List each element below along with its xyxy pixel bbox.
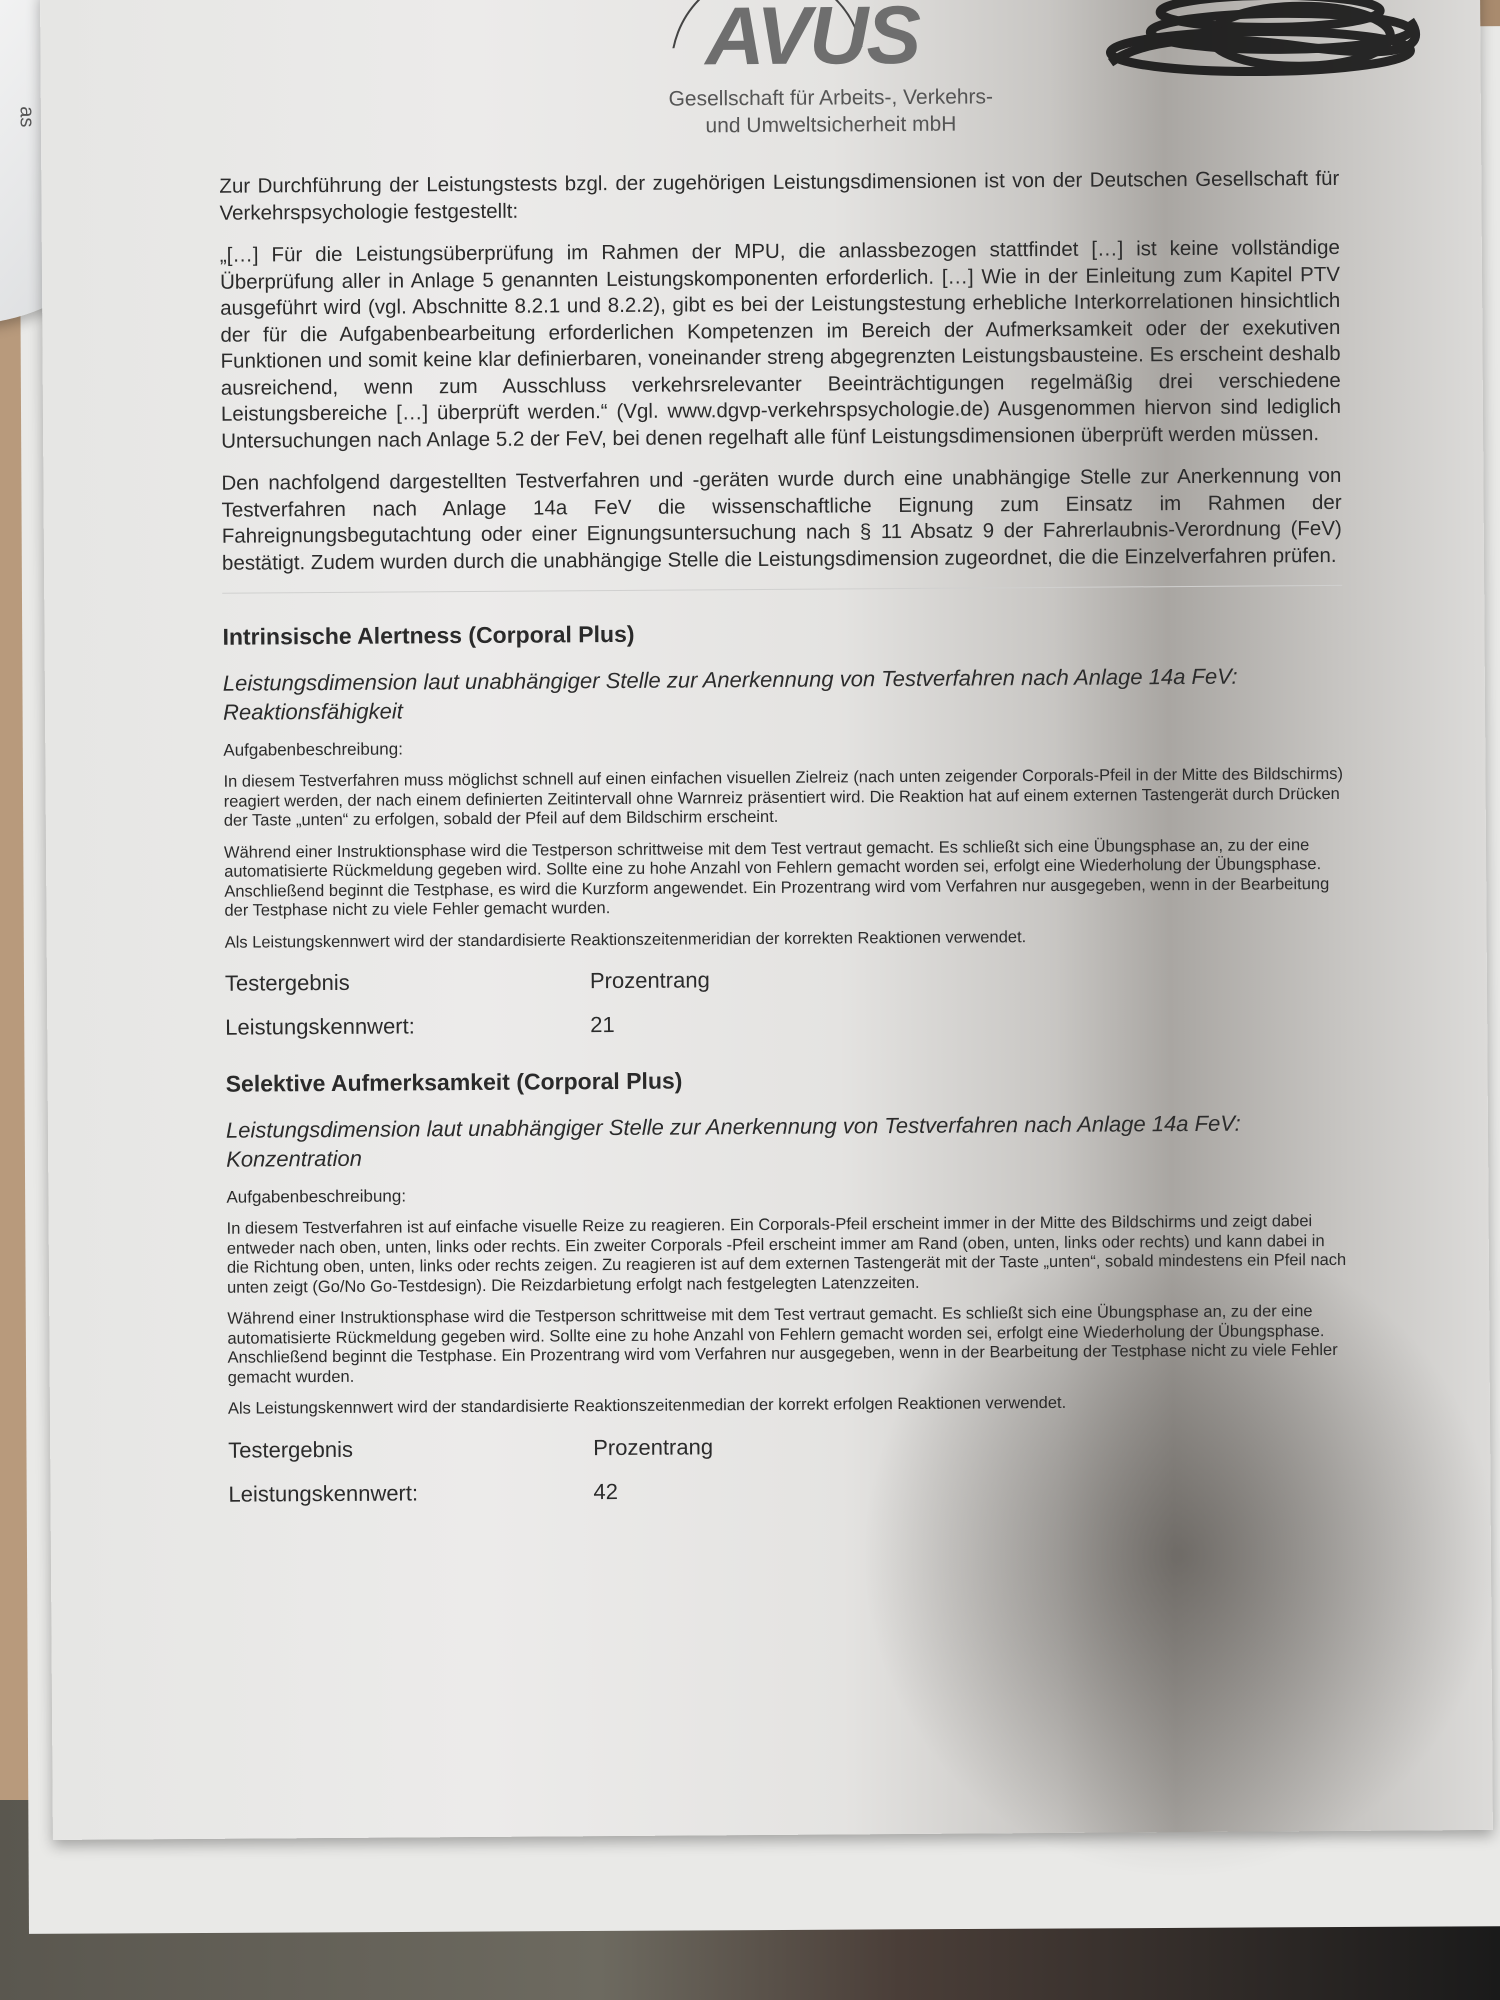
section-title: Intrinsische Alertness (Corporal Plus)	[222, 616, 1342, 651]
dimension-statement: Leistungsdimension laut unabhängiger Ste…	[226, 1108, 1346, 1174]
kennwert-value: 42	[593, 1479, 618, 1505]
task-description: In diesem Testverfahren ist auf einfache…	[227, 1212, 1348, 1298]
section-title: Selektive Aufmerksamkeit (Corporal Plus)	[226, 1063, 1346, 1098]
kennwert-row: Leistungskennwert: 21	[225, 1007, 1345, 1041]
task-label: Aufgabenbeschreibung:	[226, 1180, 1346, 1208]
procedure-description: Während einer Instruktionsphase wird die…	[227, 1302, 1348, 1388]
redaction-scribble-icon	[1100, 0, 1421, 83]
test-validity-paragraph: Den nachfolgend dargestellten Testverfah…	[221, 463, 1342, 577]
section-selektive-aufmerksamkeit: Selektive Aufmerksamkeit (Corporal Plus)…	[226, 1063, 1349, 1507]
result-type: Prozentrang	[590, 967, 710, 994]
dimension-statement: Leistungsdimension laut unabhängiger Ste…	[223, 661, 1343, 727]
document-body: Zur Durchführung der Leistungstests bzgl…	[219, 166, 1348, 1507]
company-logo: AVUS Gesellschaft für Arbeits-, Verkehrs…	[640, 0, 1001, 141]
section-intrinsische-alertness: Intrinsische Alertness (Corporal Plus) L…	[222, 616, 1345, 1041]
kennwert-note: Als Leistungskennwert wird der standardi…	[225, 925, 1345, 952]
task-label: Aufgabenbeschreibung:	[223, 733, 1343, 761]
task-description: In diesem Testverfahren muss möglichst s…	[223, 765, 1343, 831]
dgvp-quote: „[…] Für die Leistungsüberprüfung im Rah…	[220, 235, 1341, 455]
kennwert-row: Leistungskennwert: 42	[228, 1473, 1348, 1507]
test-result-row: Testergebnis Prozentrang	[225, 963, 1345, 997]
intro-paragraph: Zur Durchführung der Leistungstests bzgl…	[219, 166, 1339, 227]
procedure-description: Während einer Instruktionsphase wird die…	[224, 835, 1345, 921]
kennwert-note: Als Leistungskennwert wird der standardi…	[228, 1392, 1348, 1419]
company-name: Gesellschaft für Arbeits-, Verkehrs- und…	[641, 83, 1021, 140]
logo-wordmark: AVUS	[705, 0, 919, 84]
kennwert-value: 21	[590, 1012, 615, 1038]
document-page: AVUS Gesellschaft für Arbeits-, Verkehrs…	[40, 0, 1493, 1840]
result-type: Prozentrang	[593, 1434, 713, 1461]
test-result-row: Testergebnis Prozentrang	[228, 1429, 1348, 1463]
divider	[222, 585, 1342, 594]
